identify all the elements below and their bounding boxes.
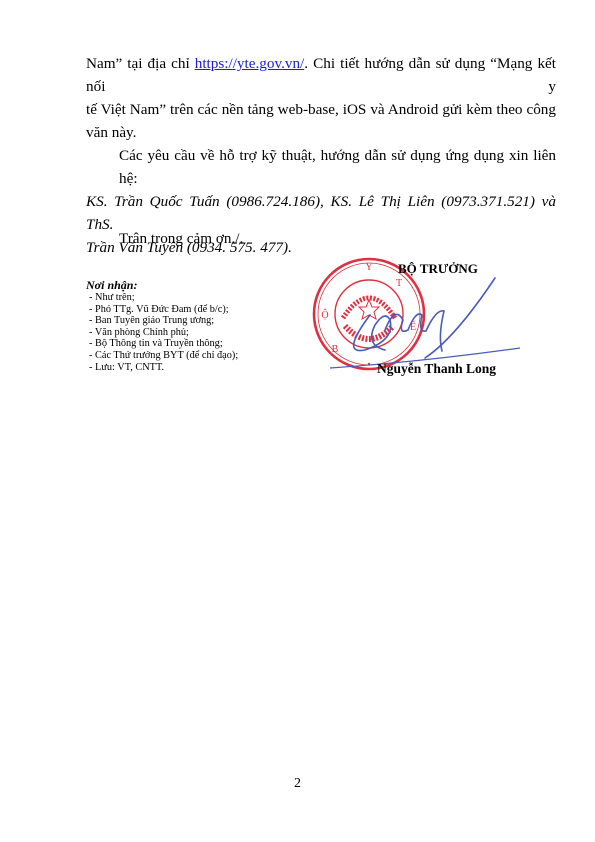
page-number: 2 xyxy=(0,776,595,792)
paragraph-line: tế Việt Nam” trên các nền tảng web-base,… xyxy=(86,98,556,121)
paragraph-instructions: Nam” tại địa chỉ https://yte.gov.vn/. Ch… xyxy=(86,52,556,144)
support-intro: Các yêu cầu về hỗ trợ kỹ thuật, hướng dẫ… xyxy=(86,144,556,190)
recipient-item: - Phó TTg. Vũ Đức Đam (để b/c); xyxy=(86,304,238,316)
website-link[interactable]: https://yte.gov.vn/ xyxy=(195,55,305,72)
recipients-block: Nơi nhận: - Như trên; - Phó TTg. Vũ Đức … xyxy=(86,279,238,373)
text-fragment: Nam” tại địa chỉ xyxy=(86,55,195,72)
recipient-item: - Như trên; xyxy=(86,292,238,304)
recipients-title: Nơi nhận: xyxy=(86,279,238,292)
recipient-item: - Bộ Thông tin và Truyền thông; xyxy=(86,338,238,350)
recipient-item: - Các Thứ trưởng BYT (để chỉ đạo); xyxy=(86,350,238,362)
recipient-item: - Ban Tuyên giáo Trung ương; xyxy=(86,315,238,327)
paragraph-line: Nam” tại địa chỉ https://yte.gov.vn/. Ch… xyxy=(86,52,556,98)
paragraph-line: văn này. xyxy=(86,121,556,144)
signer-name: Nguyễn Thanh Long xyxy=(377,361,496,377)
recipient-item: - Lưu: VT, CNTT. xyxy=(86,362,238,374)
closing-text: Trân trọng cảm ơn./. xyxy=(86,227,589,250)
recipient-item: - Văn phòng Chính phủ; xyxy=(86,327,238,339)
svg-text:Ộ: Ộ xyxy=(321,309,328,321)
